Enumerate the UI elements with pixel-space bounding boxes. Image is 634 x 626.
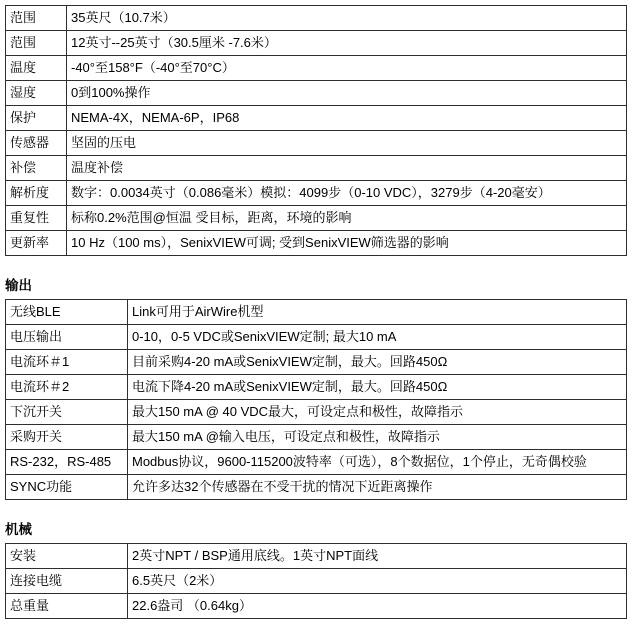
- spec-label: SYNC功能: [6, 475, 128, 500]
- table-row: 连接电缆6.5英尺（2米）: [6, 569, 627, 594]
- spec-value: 数字：0.0034英寸（0.086毫米）模拟：4099步（0-10 VDC），3…: [67, 181, 627, 206]
- spec-table-mechanical: 安装2英寸NPT / BSP通用底线。1英寸NPT面线连接电缆6.5英尺（2米）…: [5, 543, 627, 619]
- spec-label: 电流环＃1: [6, 350, 128, 375]
- spec-value: 标称0.2%范围@恒温 受目标，距离，环境的影响: [67, 206, 627, 231]
- table-row: 电流环＃2电流下降4-20 mA或SenixVIEW定制，最大。回路450Ω: [6, 375, 627, 400]
- spec-label: 保护: [6, 106, 67, 131]
- table-row: SYNC功能允许多达32个传感器在不受干扰的情况下近距离操作: [6, 475, 627, 500]
- spec-value: 电流下降4-20 mA或SenixVIEW定制，最大。回路450Ω: [128, 375, 627, 400]
- spec-value: 22.6盎司 （0.64kg）: [128, 594, 627, 619]
- spec-label: RS-232，RS-485: [6, 450, 128, 475]
- spec-value: 6.5英尺（2米）: [128, 569, 627, 594]
- spec-label: 采购开关: [6, 425, 128, 450]
- spec-label: 传感器: [6, 131, 67, 156]
- spec-label: 更新率: [6, 231, 67, 256]
- table-row: 湿度0到100%操作: [6, 81, 627, 106]
- spec-label: 范围: [6, 31, 67, 56]
- spec-label: 湿度: [6, 81, 67, 106]
- spec-label: 安装: [6, 544, 128, 569]
- table-row: 范围35英尺（10.7米）: [6, 6, 627, 31]
- page: { "page": { "background": "#ffffff", "te…: [0, 0, 634, 619]
- spec-label: 连接电缆: [6, 569, 128, 594]
- table-row: 重复性标称0.2%范围@恒温 受目标，距离，环境的影响: [6, 206, 627, 231]
- table-row: 安装2英寸NPT / BSP通用底线。1英寸NPT面线: [6, 544, 627, 569]
- table-row: 传感器坚固的压电: [6, 131, 627, 156]
- spec-label: 补偿: [6, 156, 67, 181]
- spec-label: 解析度: [6, 181, 67, 206]
- table-row: 解析度数字：0.0034英寸（0.086毫米）模拟：4099步（0-10 VDC…: [6, 181, 627, 206]
- spec-value: 温度补偿: [67, 156, 627, 181]
- spec-value: Link可用于AirWire机型: [128, 300, 627, 325]
- table-row: 保护NEMA-4X，NEMA-6P，IP68: [6, 106, 627, 131]
- table-row: 电流环＃1目前采购4-20 mA或SenixVIEW定制，最大。回路450Ω: [6, 350, 627, 375]
- spec-value: 35英尺（10.7米）: [67, 6, 627, 31]
- spec-value: 允许多达32个传感器在不受干扰的情况下近距离操作: [128, 475, 627, 500]
- table-row: 电压输出0-10，0-5 VDC或SenixVIEW定制; 最大10 mA: [6, 325, 627, 350]
- table-row: 总重量22.6盎司 （0.64kg）: [6, 594, 627, 619]
- spec-table-output: 无线BLELink可用于AirWire机型电压输出0-10，0-5 VDC或Se…: [5, 299, 627, 500]
- table-row: 温度-40°至158°F（-40°至70°C）: [6, 56, 627, 81]
- table-row: 无线BLELink可用于AirWire机型: [6, 300, 627, 325]
- table-row: RS-232，RS-485Modbus协议，9600-115200波特率（可选）…: [6, 450, 627, 475]
- spec-label: 电流环＃2: [6, 375, 128, 400]
- spec-value: 12英寸--25英寸（30.5厘米 -7.6米）: [67, 31, 627, 56]
- spec-value: 坚固的压电: [67, 131, 627, 156]
- spec-label: 温度: [6, 56, 67, 81]
- spec-label: 范围: [6, 6, 67, 31]
- spec-table-general: 范围35英尺（10.7米）范围12英寸--25英寸（30.5厘米 -7.6米）温…: [5, 5, 627, 256]
- table-row: 下沉开关最大150 mA @ 40 VDC最大，可设定点和极性，故障指示: [6, 400, 627, 425]
- spec-value: 0-10，0-5 VDC或SenixVIEW定制; 最大10 mA: [128, 325, 627, 350]
- spec-value: NEMA-4X，NEMA-6P，IP68: [67, 106, 627, 131]
- spec-label: 无线BLE: [6, 300, 128, 325]
- spec-value: 最大150 mA @输入电压，可设定点和极性，故障指示: [128, 425, 627, 450]
- spec-label: 电压输出: [6, 325, 128, 350]
- spec-label: 重复性: [6, 206, 67, 231]
- spec-label: 总重量: [6, 594, 128, 619]
- section-heading-output: 输出: [5, 278, 634, 294]
- spec-value: 2英寸NPT / BSP通用底线。1英寸NPT面线: [128, 544, 627, 569]
- spec-value: -40°至158°F（-40°至70°C）: [67, 56, 627, 81]
- spec-label: 下沉开关: [6, 400, 128, 425]
- table-row: 范围12英寸--25英寸（30.5厘米 -7.6米）: [6, 31, 627, 56]
- spec-value: 目前采购4-20 mA或SenixVIEW定制，最大。回路450Ω: [128, 350, 627, 375]
- table-row: 补偿温度补偿: [6, 156, 627, 181]
- table-row: 采购开关最大150 mA @输入电压，可设定点和极性，故障指示: [6, 425, 627, 450]
- spec-value: 最大150 mA @ 40 VDC最大，可设定点和极性，故障指示: [128, 400, 627, 425]
- spec-sheet: 范围35英尺（10.7米）范围12英寸--25英寸（30.5厘米 -7.6米）温…: [0, 0, 634, 619]
- spec-value: 0到100%操作: [67, 81, 627, 106]
- spec-value: 10 Hz（100 ms），SenixVIEW可调; 受到SenixVIEW筛选…: [67, 231, 627, 256]
- table-row: 更新率10 Hz（100 ms），SenixVIEW可调; 受到SenixVIE…: [6, 231, 627, 256]
- section-heading-mechanical: 机械: [5, 522, 634, 538]
- spec-value: Modbus协议，9600-115200波特率（可选），8个数据位，1个停止，无…: [128, 450, 627, 475]
